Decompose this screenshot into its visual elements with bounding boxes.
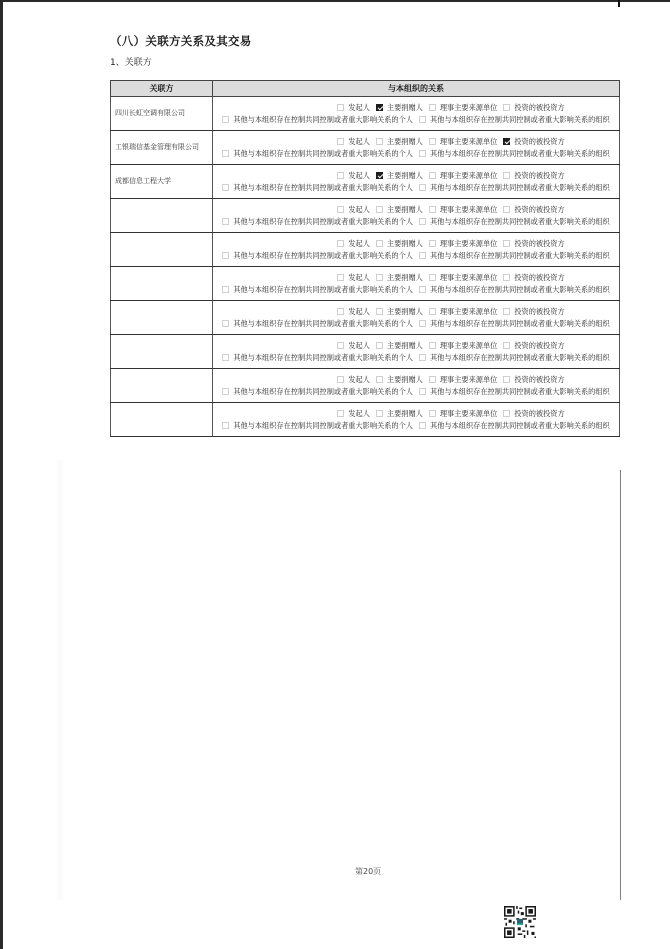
- relationship-option[interactable]: 其他与本组织存在控制共同控制或者重大影响关系的组织: [419, 352, 610, 363]
- relationship-option[interactable]: 投资的被投资方: [503, 136, 564, 147]
- relationship-options-line-2: 其他与本组织存在控制共同控制或者重大影响关系的个人其他与本组织存在控制共同控制或…: [213, 318, 619, 330]
- relationship-option[interactable]: 其他与本组织存在控制共同控制或者重大影响关系的组织: [419, 216, 610, 227]
- checkbox-empty-icon[interactable]: [376, 274, 383, 281]
- related-party-name: 工银瑞信基金管理有限公司: [111, 131, 213, 165]
- relationship-option[interactable]: 理事主要来源单位: [429, 374, 498, 385]
- table-row: 发起人主要捐赠人理事主要来源单位投资的被投资方其他与本组织存在控制共同控制或者重…: [111, 335, 620, 369]
- checkbox-empty-icon[interactable]: [222, 116, 229, 123]
- relationship-options-line-1: 发起人主要捐赠人理事主要来源单位投资的被投资方: [213, 170, 619, 182]
- relationship-option-label: 发起人: [348, 272, 370, 283]
- relationship-option-label: 发起人: [348, 306, 370, 317]
- relationship-option-label: 主要捐赠人: [387, 340, 423, 351]
- checkbox-empty-icon[interactable]: [337, 240, 344, 247]
- relationship-options-line-2: 其他与本组织存在控制共同控制或者重大影响关系的个人其他与本组织存在控制共同控制或…: [213, 284, 619, 296]
- scan-page-edge: [620, 470, 621, 900]
- checkbox-empty-icon[interactable]: [429, 274, 436, 281]
- checkbox-empty-icon[interactable]: [503, 376, 510, 383]
- relationship-option-label: 其他与本组织存在控制共同控制或者重大影响关系的个人: [233, 216, 413, 227]
- checkbox-empty-icon[interactable]: [419, 150, 426, 157]
- relationship-option-label: 其他与本组织存在控制共同控制或者重大影响关系的组织: [430, 182, 610, 193]
- checkbox-empty-icon[interactable]: [419, 116, 426, 123]
- relationship-cell: 发起人主要捐赠人理事主要来源单位投资的被投资方其他与本组织存在控制共同控制或者重…: [213, 131, 620, 165]
- checkbox-empty-icon[interactable]: [503, 206, 510, 213]
- checkbox-empty-icon[interactable]: [419, 422, 426, 429]
- checkbox-empty-icon[interactable]: [376, 410, 383, 417]
- checkbox-empty-icon[interactable]: [376, 206, 383, 213]
- relationship-option[interactable]: 理事主要来源单位: [429, 204, 498, 215]
- relationship-options-line-1: 发起人主要捐赠人理事主要来源单位投资的被投资方: [213, 272, 619, 284]
- relationship-option-label: 其他与本组织存在控制共同控制或者重大影响关系的组织: [430, 386, 610, 397]
- related-party-name: 成都信息工程大学: [111, 165, 213, 199]
- relationship-option[interactable]: 发起人: [337, 340, 370, 351]
- checkbox-empty-icon[interactable]: [376, 138, 383, 145]
- related-party-name: 四川长虹空调有限公司: [111, 97, 213, 131]
- relationship-option-label: 理事主要来源单位: [440, 170, 498, 181]
- relationship-options-line-1: 发起人主要捐赠人理事主要来源单位投资的被投资方: [213, 102, 619, 114]
- relationship-option[interactable]: 其他与本组织存在控制共同控制或者重大影响关系的组织: [419, 148, 610, 159]
- relationship-option-label: 其他与本组织存在控制共同控制或者重大影响关系的组织: [430, 216, 610, 227]
- relationship-option[interactable]: 理事主要来源单位: [429, 408, 498, 419]
- relationship-option-label: 其他与本组织存在控制共同控制或者重大影响关系的组织: [430, 250, 610, 261]
- checkbox-empty-icon[interactable]: [419, 218, 426, 225]
- checkbox-empty-icon[interactable]: [222, 218, 229, 225]
- relationship-option-label: 理事主要来源单位: [440, 136, 498, 147]
- relationship-option-label: 发起人: [348, 102, 370, 113]
- relationship-option-label: 其他与本组织存在控制共同控制或者重大影响关系的个人: [233, 318, 413, 329]
- related-party-table: 关联方 与本组织的关系 四川长虹空调有限公司发起人主要捐赠人理事主要来源单位投资…: [110, 80, 620, 437]
- checkbox-empty-icon[interactable]: [429, 138, 436, 145]
- relationship-options-line-1: 发起人主要捐赠人理事主要来源单位投资的被投资方: [213, 408, 619, 420]
- table-body: 四川长虹空调有限公司发起人主要捐赠人理事主要来源单位投资的被投资方其他与本组织存…: [111, 97, 620, 437]
- related-party-name: [111, 403, 213, 437]
- checkbox-empty-icon[interactable]: [337, 376, 344, 383]
- table-row: 发起人主要捐赠人理事主要来源单位投资的被投资方其他与本组织存在控制共同控制或者重…: [111, 199, 620, 233]
- relationship-option[interactable]: 发起人: [337, 204, 370, 215]
- relationship-options-line-2: 其他与本组织存在控制共同控制或者重大影响关系的个人其他与本组织存在控制共同控制或…: [213, 182, 619, 194]
- relationship-option[interactable]: 其他与本组织存在控制共同控制或者重大影响关系的个人: [222, 420, 413, 431]
- relationship-option[interactable]: 主要捐赠人: [376, 204, 423, 215]
- header-related-party: 关联方: [111, 81, 213, 97]
- relationship-option-label: 其他与本组织存在控制共同控制或者重大影响关系的个人: [233, 250, 413, 261]
- related-party-name: [111, 233, 213, 267]
- relationship-option-label: 投资的被投资方: [514, 238, 564, 249]
- relationship-option[interactable]: 主要捐赠人: [376, 306, 423, 317]
- relationship-option[interactable]: 理事主要来源单位: [429, 102, 498, 113]
- relationship-option-label: 其他与本组织存在控制共同控制或者重大影响关系的个人: [233, 148, 413, 159]
- relationship-option[interactable]: 投资的被投资方: [503, 204, 564, 215]
- relationship-cell: 发起人主要捐赠人理事主要来源单位投资的被投资方其他与本组织存在控制共同控制或者重…: [213, 165, 620, 199]
- relationship-option-label: 发起人: [348, 238, 370, 249]
- relationship-option-label: 发起人: [348, 204, 370, 215]
- relationship-option[interactable]: 投资的被投资方: [503, 340, 564, 351]
- relationship-option[interactable]: 其他与本组织存在控制共同控制或者重大影响关系的个人: [222, 148, 413, 159]
- relationship-option-label: 其他与本组织存在控制共同控制或者重大影响关系的组织: [430, 114, 610, 125]
- related-party-name: [111, 267, 213, 301]
- relationship-option-label: 投资的被投资方: [514, 374, 564, 385]
- relationship-option-label: 理事主要来源单位: [440, 306, 498, 317]
- relationship-option-label: 主要捐赠人: [387, 408, 423, 419]
- relationship-cell: 发起人主要捐赠人理事主要来源单位投资的被投资方其他与本组织存在控制共同控制或者重…: [213, 97, 620, 131]
- relationship-option-label: 其他与本组织存在控制共同控制或者重大影响关系的个人: [233, 420, 413, 431]
- scan-frame-top-edge: [0, 0, 670, 2]
- subsection-title: 1、关联方: [110, 55, 152, 68]
- checkbox-empty-icon[interactable]: [337, 308, 344, 315]
- table-row: 成都信息工程大学发起人主要捐赠人理事主要来源单位投资的被投资方其他与本组织存在控…: [111, 165, 620, 199]
- relationship-option[interactable]: 其他与本组织存在控制共同控制或者重大影响关系的个人: [222, 352, 413, 363]
- table-header-row: 关联方 与本组织的关系: [111, 81, 620, 97]
- scan-corner-mark: [618, 0, 620, 7]
- relationship-cell: 发起人主要捐赠人理事主要来源单位投资的被投资方其他与本组织存在控制共同控制或者重…: [213, 369, 620, 403]
- checkbox-empty-icon[interactable]: [337, 104, 344, 111]
- relationship-option-label: 理事主要来源单位: [440, 272, 498, 283]
- header-relationship: 与本组织的关系: [213, 81, 620, 97]
- relationship-option[interactable]: 发起人: [337, 170, 370, 181]
- checkbox-empty-icon[interactable]: [503, 308, 510, 315]
- checkbox-empty-icon[interactable]: [419, 184, 426, 191]
- relationship-option[interactable]: 发起人: [337, 374, 370, 385]
- checkbox-empty-icon[interactable]: [222, 422, 229, 429]
- relationship-option-label: 理事主要来源单位: [440, 204, 498, 215]
- related-party-name: [111, 369, 213, 403]
- relationship-option-label: 理事主要来源单位: [440, 238, 498, 249]
- section-title: （八）关联方关系及其交易: [110, 33, 252, 49]
- checkbox-empty-icon[interactable]: [337, 172, 344, 179]
- relationship-options-line-1: 发起人主要捐赠人理事主要来源单位投资的被投资方: [213, 340, 619, 352]
- table-row: 四川长虹空调有限公司发起人主要捐赠人理事主要来源单位投资的被投资方其他与本组织存…: [111, 97, 620, 131]
- checkbox-empty-icon[interactable]: [503, 104, 510, 111]
- relationship-options-line-2: 其他与本组织存在控制共同控制或者重大影响关系的个人其他与本组织存在控制共同控制或…: [213, 386, 619, 398]
- checkbox-empty-icon[interactable]: [419, 354, 426, 361]
- relationship-option[interactable]: 其他与本组织存在控制共同控制或者重大影响关系的组织: [419, 114, 610, 125]
- checkbox-empty-icon[interactable]: [337, 342, 344, 349]
- checkbox-empty-icon[interactable]: [222, 252, 229, 259]
- relationship-options-line-2: 其他与本组织存在控制共同控制或者重大影响关系的个人其他与本组织存在控制共同控制或…: [213, 250, 619, 262]
- checkbox-empty-icon[interactable]: [222, 354, 229, 361]
- relationship-option[interactable]: 其他与本组织存在控制共同控制或者重大影响关系的个人: [222, 386, 413, 397]
- relationship-option[interactable]: 主要捐赠人: [376, 238, 423, 249]
- checkbox-empty-icon[interactable]: [222, 320, 229, 327]
- relationship-option-label: 投资的被投资方: [514, 306, 564, 317]
- relationship-option[interactable]: 其他与本组织存在控制共同控制或者重大影响关系的组织: [419, 284, 610, 295]
- checkbox-empty-icon[interactable]: [429, 342, 436, 349]
- relationship-option-label: 发起人: [348, 408, 370, 419]
- relationship-cell: 发起人主要捐赠人理事主要来源单位投资的被投资方其他与本组织存在控制共同控制或者重…: [213, 335, 620, 369]
- checkbox-empty-icon[interactable]: [337, 138, 344, 145]
- qr-code-icon: [504, 906, 536, 938]
- relationship-option-label: 其他与本组织存在控制共同控制或者重大影响关系的个人: [233, 182, 413, 193]
- relationship-option-label: 理事主要来源单位: [440, 374, 498, 385]
- relationship-option-label: 主要捐赠人: [387, 136, 423, 147]
- checkbox-empty-icon[interactable]: [337, 206, 344, 213]
- relationship-option-label: 发起人: [348, 374, 370, 385]
- relationship-option-label: 主要捐赠人: [387, 170, 423, 181]
- relationship-option-label: 投资的被投资方: [514, 102, 564, 113]
- relationship-option[interactable]: 投资的被投资方: [503, 306, 564, 317]
- relationship-option[interactable]: 其他与本组织存在控制共同控制或者重大影响关系的组织: [419, 182, 610, 193]
- relationship-option[interactable]: 主要捐赠人: [376, 340, 423, 351]
- relationship-options-line-2: 其他与本组织存在控制共同控制或者重大影响关系的个人其他与本组织存在控制共同控制或…: [213, 114, 619, 126]
- relationship-option[interactable]: 发起人: [337, 272, 370, 283]
- table-row: 发起人主要捐赠人理事主要来源单位投资的被投资方其他与本组织存在控制共同控制或者重…: [111, 369, 620, 403]
- checkbox-empty-icon[interactable]: [222, 184, 229, 191]
- checkbox-empty-icon[interactable]: [429, 376, 436, 383]
- checkbox-empty-icon[interactable]: [222, 150, 229, 157]
- relationship-option-label: 其他与本组织存在控制共同控制或者重大影响关系的组织: [430, 352, 610, 363]
- checkbox-empty-icon[interactable]: [419, 388, 426, 395]
- relationship-options-line-2: 其他与本组织存在控制共同控制或者重大影响关系的个人其他与本组织存在控制共同控制或…: [213, 352, 619, 364]
- relationship-option-label: 其他与本组织存在控制共同控制或者重大影响关系的组织: [430, 420, 610, 431]
- checkbox-checked-icon[interactable]: [376, 104, 383, 111]
- table-row: 发起人主要捐赠人理事主要来源单位投资的被投资方其他与本组织存在控制共同控制或者重…: [111, 403, 620, 437]
- relationship-cell: 发起人主要捐赠人理事主要来源单位投资的被投资方其他与本组织存在控制共同控制或者重…: [213, 403, 620, 437]
- relationship-option[interactable]: 主要捐赠人: [376, 272, 423, 283]
- relationship-option-label: 投资的被投资方: [514, 272, 564, 283]
- checkbox-empty-icon[interactable]: [503, 240, 510, 247]
- checkbox-empty-icon[interactable]: [429, 240, 436, 247]
- checkbox-empty-icon[interactable]: [337, 410, 344, 417]
- relationship-cell: 发起人主要捐赠人理事主要来源单位投资的被投资方其他与本组织存在控制共同控制或者重…: [213, 267, 620, 301]
- checkbox-empty-icon[interactable]: [429, 206, 436, 213]
- relationship-option-label: 投资的被投资方: [514, 340, 564, 351]
- relationship-options-line-1: 发起人主要捐赠人理事主要来源单位投资的被投资方: [213, 204, 619, 216]
- checkbox-checked-icon[interactable]: [376, 172, 383, 179]
- relationship-option-label: 其他与本组织存在控制共同控制或者重大影响关系的组织: [430, 284, 610, 295]
- checkbox-empty-icon[interactable]: [419, 320, 426, 327]
- relationship-options-line-1: 发起人主要捐赠人理事主要来源单位投资的被投资方: [213, 136, 619, 148]
- relationship-option[interactable]: 主要捐赠人: [376, 374, 423, 385]
- relationship-options-line-2: 其他与本组织存在控制共同控制或者重大影响关系的个人其他与本组织存在控制共同控制或…: [213, 216, 619, 228]
- relationship-option[interactable]: 理事主要来源单位: [429, 170, 498, 181]
- checkbox-empty-icon[interactable]: [376, 308, 383, 315]
- table-row: 发起人主要捐赠人理事主要来源单位投资的被投资方其他与本组织存在控制共同控制或者重…: [111, 233, 620, 267]
- relationship-cell: 发起人主要捐赠人理事主要来源单位投资的被投资方其他与本组织存在控制共同控制或者重…: [213, 199, 620, 233]
- relationship-option[interactable]: 主要捐赠人: [376, 102, 423, 113]
- relationship-option-label: 主要捐赠人: [387, 306, 423, 317]
- relationship-cell: 发起人主要捐赠人理事主要来源单位投资的被投资方其他与本组织存在控制共同控制或者重…: [213, 233, 620, 267]
- relationship-option-label: 发起人: [348, 340, 370, 351]
- relationship-option-label: 投资的被投资方: [514, 170, 564, 181]
- relationship-option[interactable]: 主要捐赠人: [376, 408, 423, 419]
- page-number: 第20页: [355, 866, 381, 877]
- relationship-option[interactable]: 其他与本组织存在控制共同控制或者重大影响关系的组织: [419, 318, 610, 329]
- relationship-option[interactable]: 其他与本组织存在控制共同控制或者重大影响关系的个人: [222, 114, 413, 125]
- relationship-option[interactable]: 其他与本组织存在控制共同控制或者重大影响关系的个人: [222, 250, 413, 261]
- related-party-name: [111, 335, 213, 369]
- relationship-option[interactable]: 投资的被投资方: [503, 374, 564, 385]
- relationship-option-label: 其他与本组织存在控制共同控制或者重大影响关系的个人: [233, 352, 413, 363]
- relationship-option-label: 主要捐赠人: [387, 272, 423, 283]
- relationship-option[interactable]: 理事主要来源单位: [429, 306, 498, 317]
- relationship-option-label: 主要捐赠人: [387, 204, 423, 215]
- checkbox-empty-icon[interactable]: [429, 172, 436, 179]
- relationship-option-label: 理事主要来源单位: [440, 340, 498, 351]
- relationship-options-line-2: 其他与本组织存在控制共同控制或者重大影响关系的个人其他与本组织存在控制共同控制或…: [213, 148, 619, 160]
- checkbox-empty-icon[interactable]: [429, 410, 436, 417]
- checkbox-empty-icon[interactable]: [222, 286, 229, 293]
- checkbox-empty-icon[interactable]: [222, 388, 229, 395]
- relationship-option-label: 其他与本组织存在控制共同控制或者重大影响关系的个人: [233, 114, 413, 125]
- relationship-option-label: 理事主要来源单位: [440, 408, 498, 419]
- relationship-options-line-1: 发起人主要捐赠人理事主要来源单位投资的被投资方: [213, 238, 619, 250]
- relationship-option-label: 主要捐赠人: [387, 374, 423, 385]
- relationship-option[interactable]: 投资的被投资方: [503, 238, 564, 249]
- relationship-option[interactable]: 其他与本组织存在控制共同控制或者重大影响关系的个人: [222, 284, 413, 295]
- checkbox-empty-icon[interactable]: [503, 274, 510, 281]
- relationship-option[interactable]: 其他与本组织存在控制共同控制或者重大影响关系的组织: [419, 250, 610, 261]
- relationship-option-label: 投资的被投资方: [514, 408, 564, 419]
- relationship-option[interactable]: 理事主要来源单位: [429, 272, 498, 283]
- relationship-option[interactable]: 其他与本组织存在控制共同控制或者重大影响关系的个人: [222, 182, 413, 193]
- relationship-options-line-1: 发起人主要捐赠人理事主要来源单位投资的被投资方: [213, 374, 619, 386]
- relationship-option-label: 其他与本组织存在控制共同控制或者重大影响关系的组织: [430, 318, 610, 329]
- related-party-name: [111, 199, 213, 233]
- checkbox-empty-icon[interactable]: [419, 252, 426, 259]
- scan-shade: [55, 460, 65, 900]
- relationship-option[interactable]: 其他与本组织存在控制共同控制或者重大影响关系的个人: [222, 318, 413, 329]
- relationship-option-label: 理事主要来源单位: [440, 102, 498, 113]
- relationship-option[interactable]: 投资的被投资方: [503, 408, 564, 419]
- relationship-option-label: 主要捐赠人: [387, 102, 423, 113]
- checkbox-empty-icon[interactable]: [419, 286, 426, 293]
- relationship-option[interactable]: 投资的被投资方: [503, 102, 564, 113]
- relationship-option-label: 投资的被投资方: [514, 136, 564, 147]
- relationship-option[interactable]: 发起人: [337, 136, 370, 147]
- checkbox-empty-icon[interactable]: [376, 240, 383, 247]
- relationship-option[interactable]: 理事主要来源单位: [429, 136, 498, 147]
- relationship-option[interactable]: 发起人: [337, 306, 370, 317]
- relationship-option[interactable]: 主要捐赠人: [376, 136, 423, 147]
- relationship-option[interactable]: 主要捐赠人: [376, 170, 423, 181]
- checkbox-empty-icon[interactable]: [376, 376, 383, 383]
- checkbox-empty-icon[interactable]: [429, 308, 436, 315]
- relationship-option[interactable]: 其他与本组织存在控制共同控制或者重大影响关系的组织: [419, 420, 610, 431]
- relationship-option-label: 其他与本组织存在控制共同控制或者重大影响关系的个人: [233, 386, 413, 397]
- checkbox-empty-icon[interactable]: [429, 104, 436, 111]
- checkbox-empty-icon[interactable]: [503, 172, 510, 179]
- related-party-name: [111, 301, 213, 335]
- checkbox-empty-icon[interactable]: [337, 274, 344, 281]
- relationship-option[interactable]: 发起人: [337, 238, 370, 249]
- relationship-option[interactable]: 理事主要来源单位: [429, 340, 498, 351]
- table-row: 发起人主要捐赠人理事主要来源单位投资的被投资方其他与本组织存在控制共同控制或者重…: [111, 267, 620, 301]
- relationship-option-label: 其他与本组织存在控制共同控制或者重大影响关系的组织: [430, 148, 610, 159]
- relationship-cell: 发起人主要捐赠人理事主要来源单位投资的被投资方其他与本组织存在控制共同控制或者重…: [213, 301, 620, 335]
- scan-frame-left-edge: [0, 0, 3, 949]
- table-row: 工银瑞信基金管理有限公司发起人主要捐赠人理事主要来源单位投资的被投资方其他与本组…: [111, 131, 620, 165]
- relationship-option-label: 发起人: [348, 136, 370, 147]
- relationship-option-label: 其他与本组织存在控制共同控制或者重大影响关系的个人: [233, 284, 413, 295]
- relationship-option-label: 投资的被投资方: [514, 204, 564, 215]
- checkbox-empty-icon[interactable]: [503, 410, 510, 417]
- relationship-option[interactable]: 理事主要来源单位: [429, 238, 498, 249]
- relationship-option[interactable]: 其他与本组织存在控制共同控制或者重大影响关系的组织: [419, 386, 610, 397]
- checkbox-empty-icon[interactable]: [503, 342, 510, 349]
- relationship-option[interactable]: 发起人: [337, 102, 370, 113]
- table-row: 发起人主要捐赠人理事主要来源单位投资的被投资方其他与本组织存在控制共同控制或者重…: [111, 301, 620, 335]
- relationship-option[interactable]: 投资的被投资方: [503, 170, 564, 181]
- relationship-option[interactable]: 发起人: [337, 408, 370, 419]
- checkbox-empty-icon[interactable]: [376, 342, 383, 349]
- relationship-options-line-2: 其他与本组织存在控制共同控制或者重大影响关系的个人其他与本组织存在控制共同控制或…: [213, 420, 619, 432]
- checkbox-checked-icon[interactable]: [503, 138, 510, 145]
- relationship-option-label: 发起人: [348, 170, 370, 181]
- relationship-option[interactable]: 其他与本组织存在控制共同控制或者重大影响关系的个人: [222, 216, 413, 227]
- relationship-options-line-1: 发起人主要捐赠人理事主要来源单位投资的被投资方: [213, 306, 619, 318]
- relationship-option[interactable]: 投资的被投资方: [503, 272, 564, 283]
- relationship-option-label: 主要捐赠人: [387, 238, 423, 249]
